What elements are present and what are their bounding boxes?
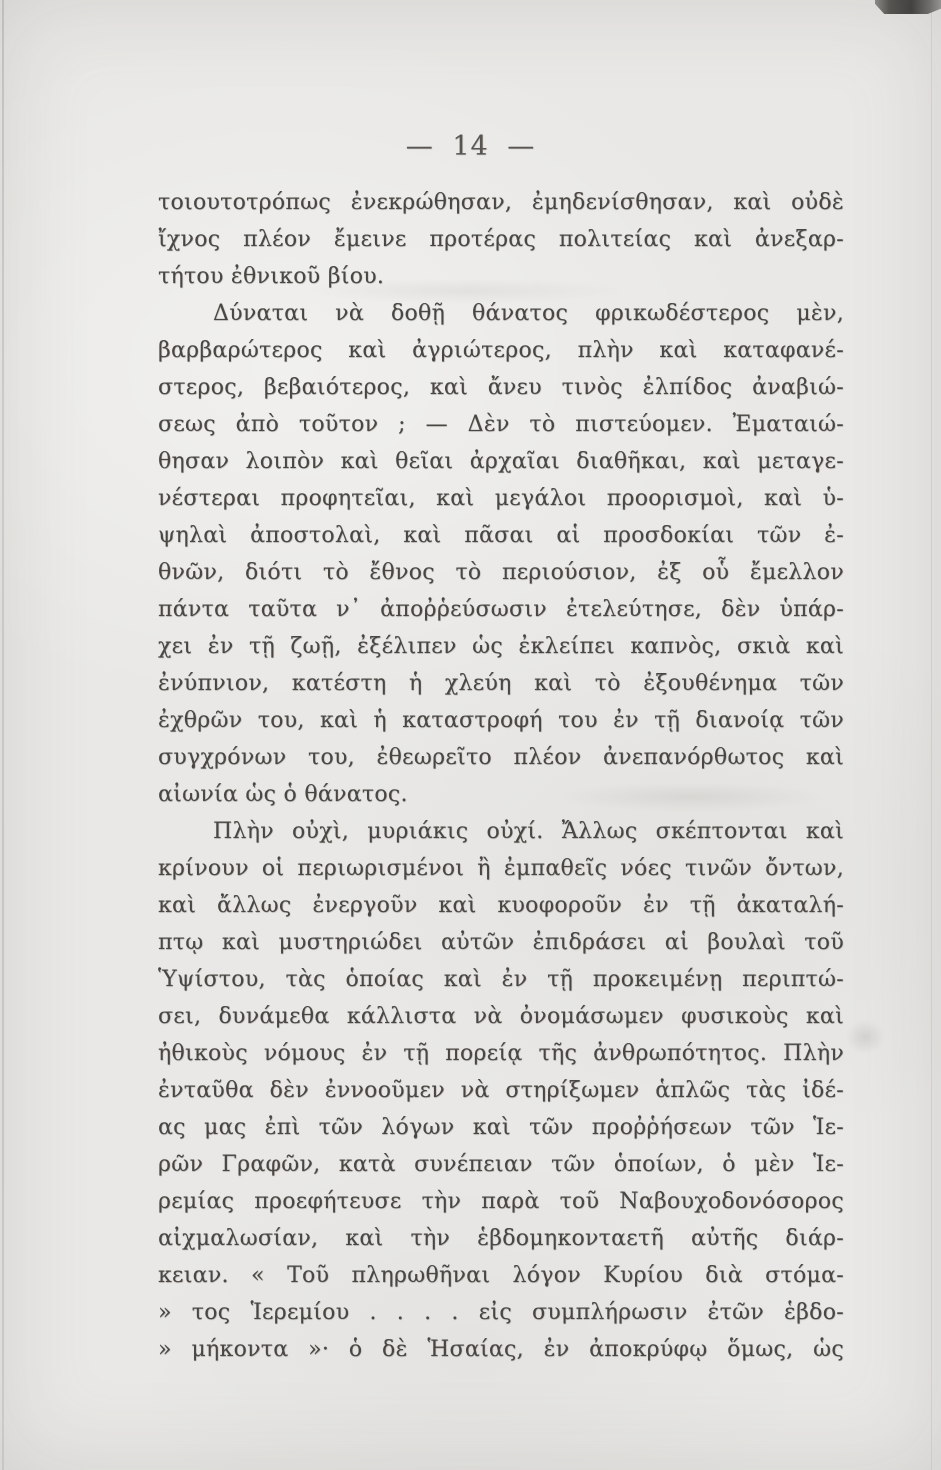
body-text: τοιουτοτρόπως ἐνεκρώθησαν, ἐμηδενίσθησαν… <box>158 184 844 1368</box>
text-line: Δύναται νὰ δοθῇ θάνατος φρικωδέστερος μὲ… <box>158 295 844 332</box>
text-line: κρίνουν οἱ περιωρισμένοι ἢ ἐμπαθεῖς νόες… <box>158 850 844 887</box>
text-line: » τος Ἱερεμίου . . . . εἰς συμπλήρωσιν ἐ… <box>158 1294 844 1331</box>
text-line: ας μας ἐπὶ τῶν λόγων καὶ τῶν προῤῥήσεων … <box>158 1109 844 1146</box>
text-line: θνῶν, διότι τὸ ἔθνος τὸ περιούσιον, ἐξ ο… <box>158 554 844 591</box>
page-number: — 14 — <box>0 131 941 162</box>
text-line: ἐνταῦθα δὲν ἐννοοῦμεν νὰ στηρίξωμεν ἁπλῶ… <box>158 1072 844 1109</box>
page-right-edge <box>931 0 932 1470</box>
text-line: Ὑψίστου, τὰς ὁποίας καὶ ἐν τῇ προκειμένῃ… <box>158 961 844 998</box>
book-page: — 14 — τοιουτοτρόπως ἐνεκρώθησαν, ἐμηδεν… <box>0 0 941 1470</box>
text-line: » μήκοντα »· ὁ δὲ Ἡσαίας, ἐν ἀποκρύφῳ ὅμ… <box>158 1331 844 1368</box>
scan-corner-shadow <box>875 0 941 14</box>
text-line: ρῶν Γραφῶν, κατὰ συνέπειαν τῶν ὁποίων, ὁ… <box>158 1146 844 1183</box>
text-line: σεως ἀπὸ τοῦτον ; — Δὲν τὸ πιστεύομεν. Ἐ… <box>158 406 844 443</box>
text-line: τοιουτοτρόπως ἐνεκρώθησαν, ἐμηδενίσθησαν… <box>158 184 844 221</box>
paper-smudge <box>845 1020 885 1054</box>
text-line: χει ἐν τῇ ζωῇ, ἐξέλιπεν ὡς ἐκλείπει καπν… <box>158 628 844 665</box>
text-line: συγχρόνων του, ἐθεωρεῖτο πλέον ἀνεπανόρθ… <box>158 739 844 776</box>
text-line: νέστεραι προφητεῖαι, καὶ μεγάλοι προορισ… <box>158 480 844 517</box>
text-line: ἐνύπνιον, κατέστη ἡ χλεύη καὶ τὸ ἐξουθέν… <box>158 665 844 702</box>
page-left-edge <box>2 0 4 1470</box>
text-line: αἰχμαλωσίαν, καὶ τὴν ἑβδομηκονταετῆ αὐτῆ… <box>158 1220 844 1257</box>
text-line: πτῳ καὶ μυστηριώδει αὐτῶν ἐπιδράσει αἱ β… <box>158 924 844 961</box>
text-line: ἴχνος πλέον ἔμεινε προτέρας πολιτείας κα… <box>158 221 844 258</box>
text-line: ἐχθρῶν του, καὶ ἡ καταστροφή του ἐν τῇ δ… <box>158 702 844 739</box>
text-line: ψηλαὶ ἀποστολαὶ, καὶ πᾶσαι αἱ προσδοκίαι… <box>158 517 844 554</box>
text-line: τήτου ἐθνικοῦ βίου. <box>158 258 844 295</box>
text-line: στερος, βεβαιότερος, καὶ ἄνευ τινὸς ἐλπί… <box>158 369 844 406</box>
text-line: καὶ ἄλλως ἐνεργοῦν καὶ κυοφοροῦν ἐν τῇ ἀ… <box>158 887 844 924</box>
text-line: πάντα ταῦτα ν᾽ ἀποῤῥεύσωσιν ἐτελεύτησε, … <box>158 591 844 628</box>
text-line: θησαν λοιπὸν καὶ θεῖαι ἀρχαῖαι διαθῆκαι,… <box>158 443 844 480</box>
text-line: ρεμίας προεφήτευσε τὴν παρὰ τοῦ Ναβουχοδ… <box>158 1183 844 1220</box>
text-line: κειαν. « Τοῦ πληρωθῆναι λόγον Κυρίου διὰ… <box>158 1257 844 1294</box>
text-line: βαρβαρώτερος καὶ ἀγριώτερος, πλὴν καὶ κα… <box>158 332 844 369</box>
text-line: αἰωνία ὡς ὁ θάνατος. <box>158 776 844 813</box>
text-line: Πλὴν οὐχὶ, μυριάκις οὐχί. Ἄλλως σκέπτοντ… <box>158 813 844 850</box>
text-line: σει, δυνάμεθα κάλλιστα νὰ ὀνομάσωμεν φυσ… <box>158 998 844 1035</box>
text-line: ἠθικοὺς νόμους ἐν τῇ πορείᾳ τῆς ἀνθρωπότ… <box>158 1035 844 1072</box>
